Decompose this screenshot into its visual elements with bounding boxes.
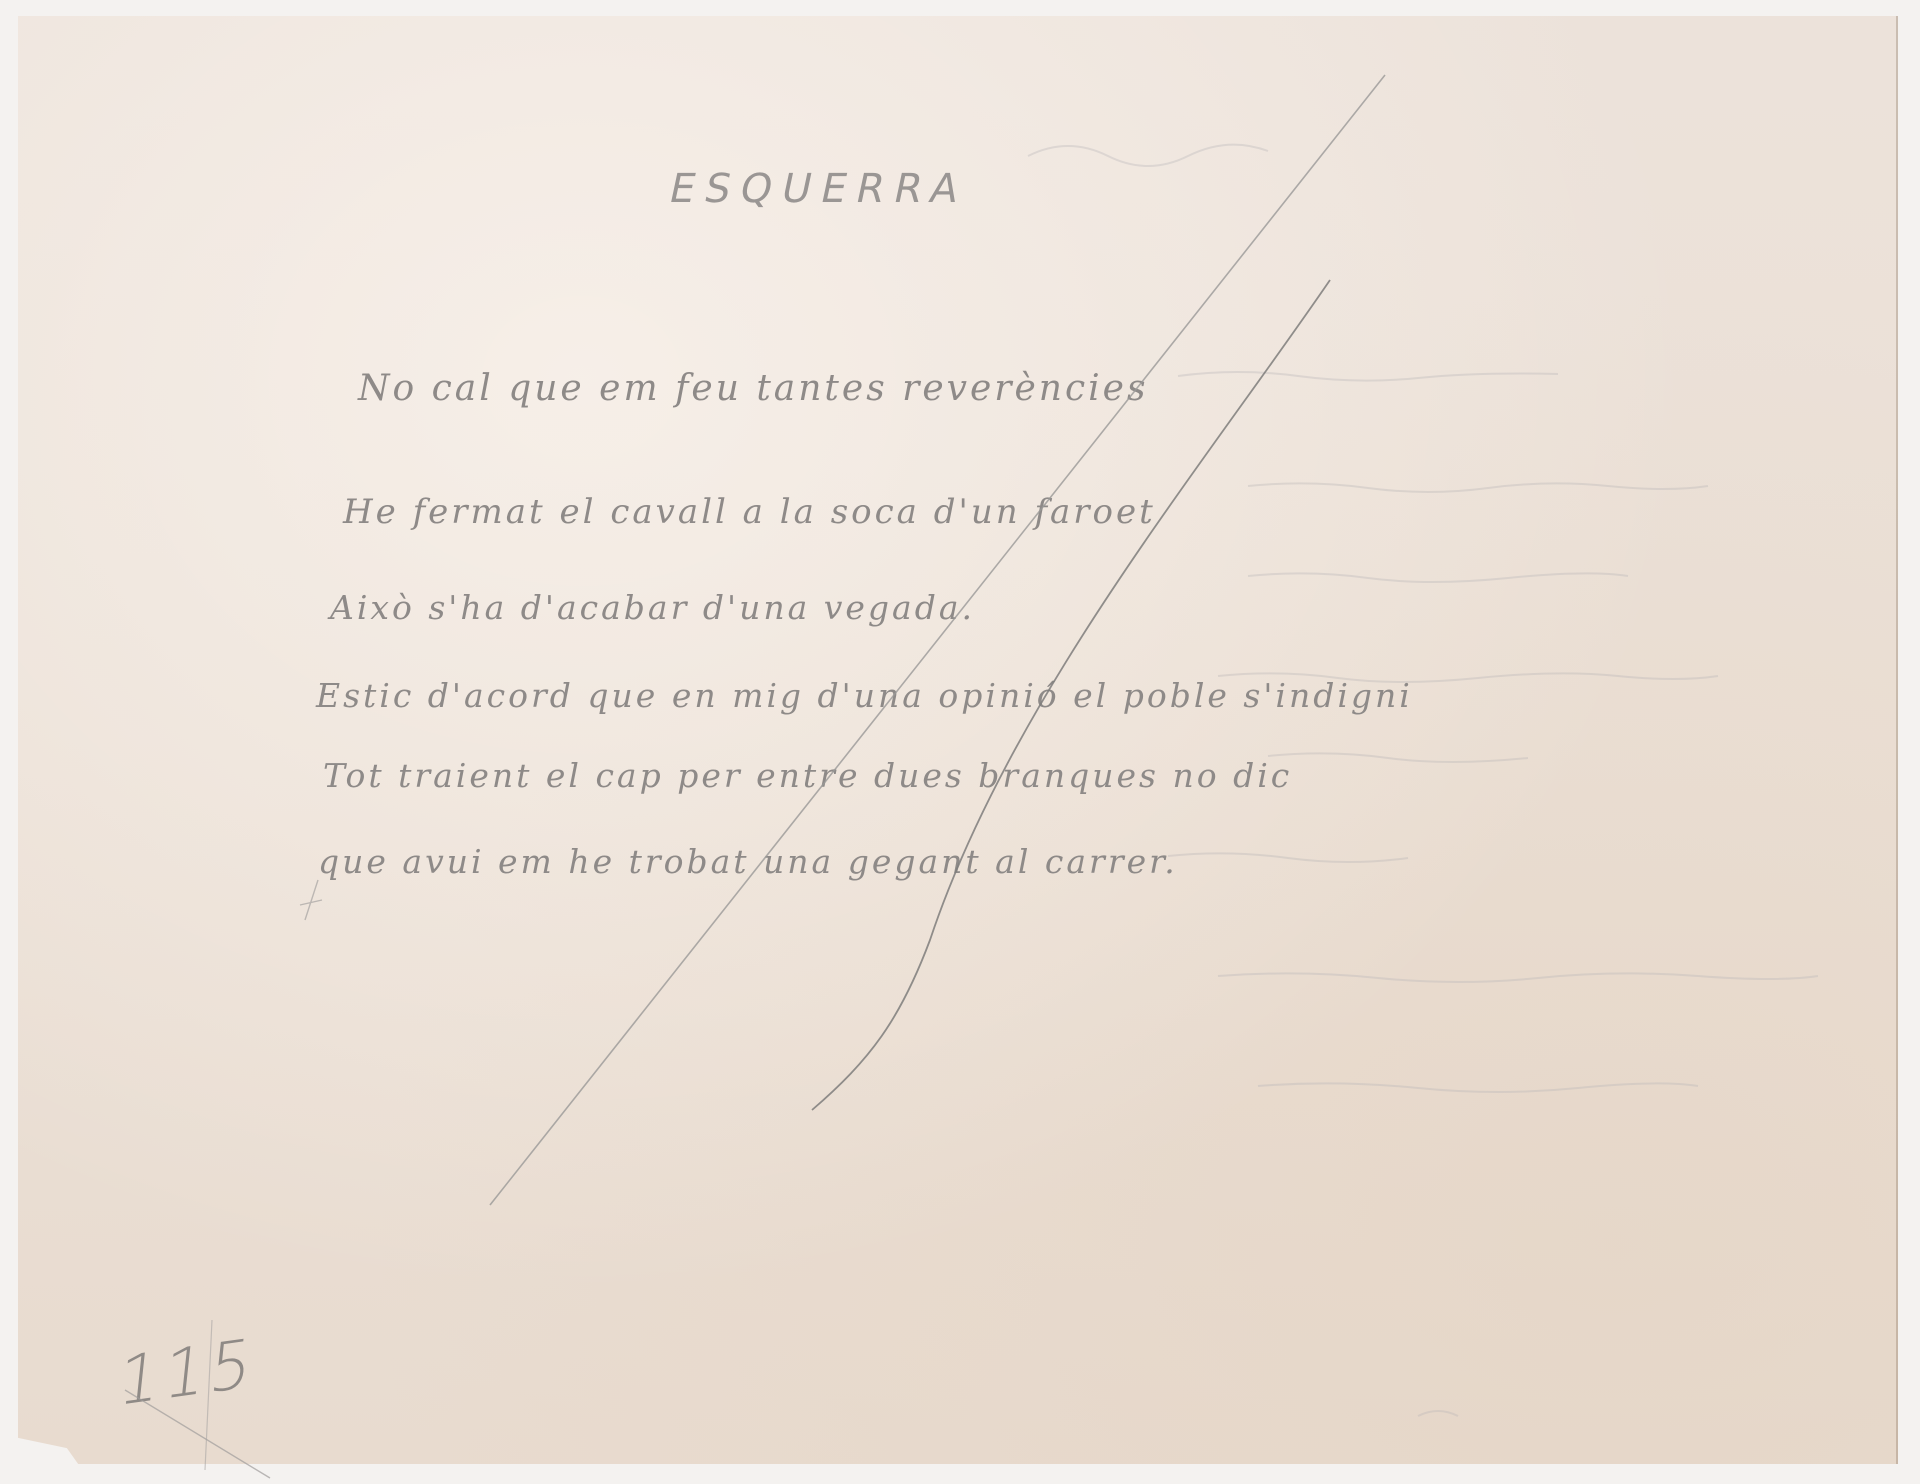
poem-line-5: Tot traient el cap per entre dues branqu… xyxy=(323,756,1292,795)
poem-line-4: Estic d'acord que en mig d'una opinió el… xyxy=(316,676,1413,715)
poem-line-6: que avui em he trobat una gegant al carr… xyxy=(318,842,1178,881)
manuscript-page: ESQUERRA No cal que em feu tantes reverè… xyxy=(18,16,1898,1464)
poem-line-2: He fermat el cavall a la soca d'un faroe… xyxy=(343,492,1156,532)
paper-edge xyxy=(1896,16,1898,1464)
page-number: 115 xyxy=(115,1323,260,1421)
poem-title: ESQUERRA xyxy=(665,166,973,212)
poem-line-1: No cal que em feu tantes reverències xyxy=(358,368,1148,409)
reverse-side-show-through xyxy=(18,16,1898,1464)
poem-line-3: Això s'ha d'acabar d'una vegada. xyxy=(330,588,975,627)
